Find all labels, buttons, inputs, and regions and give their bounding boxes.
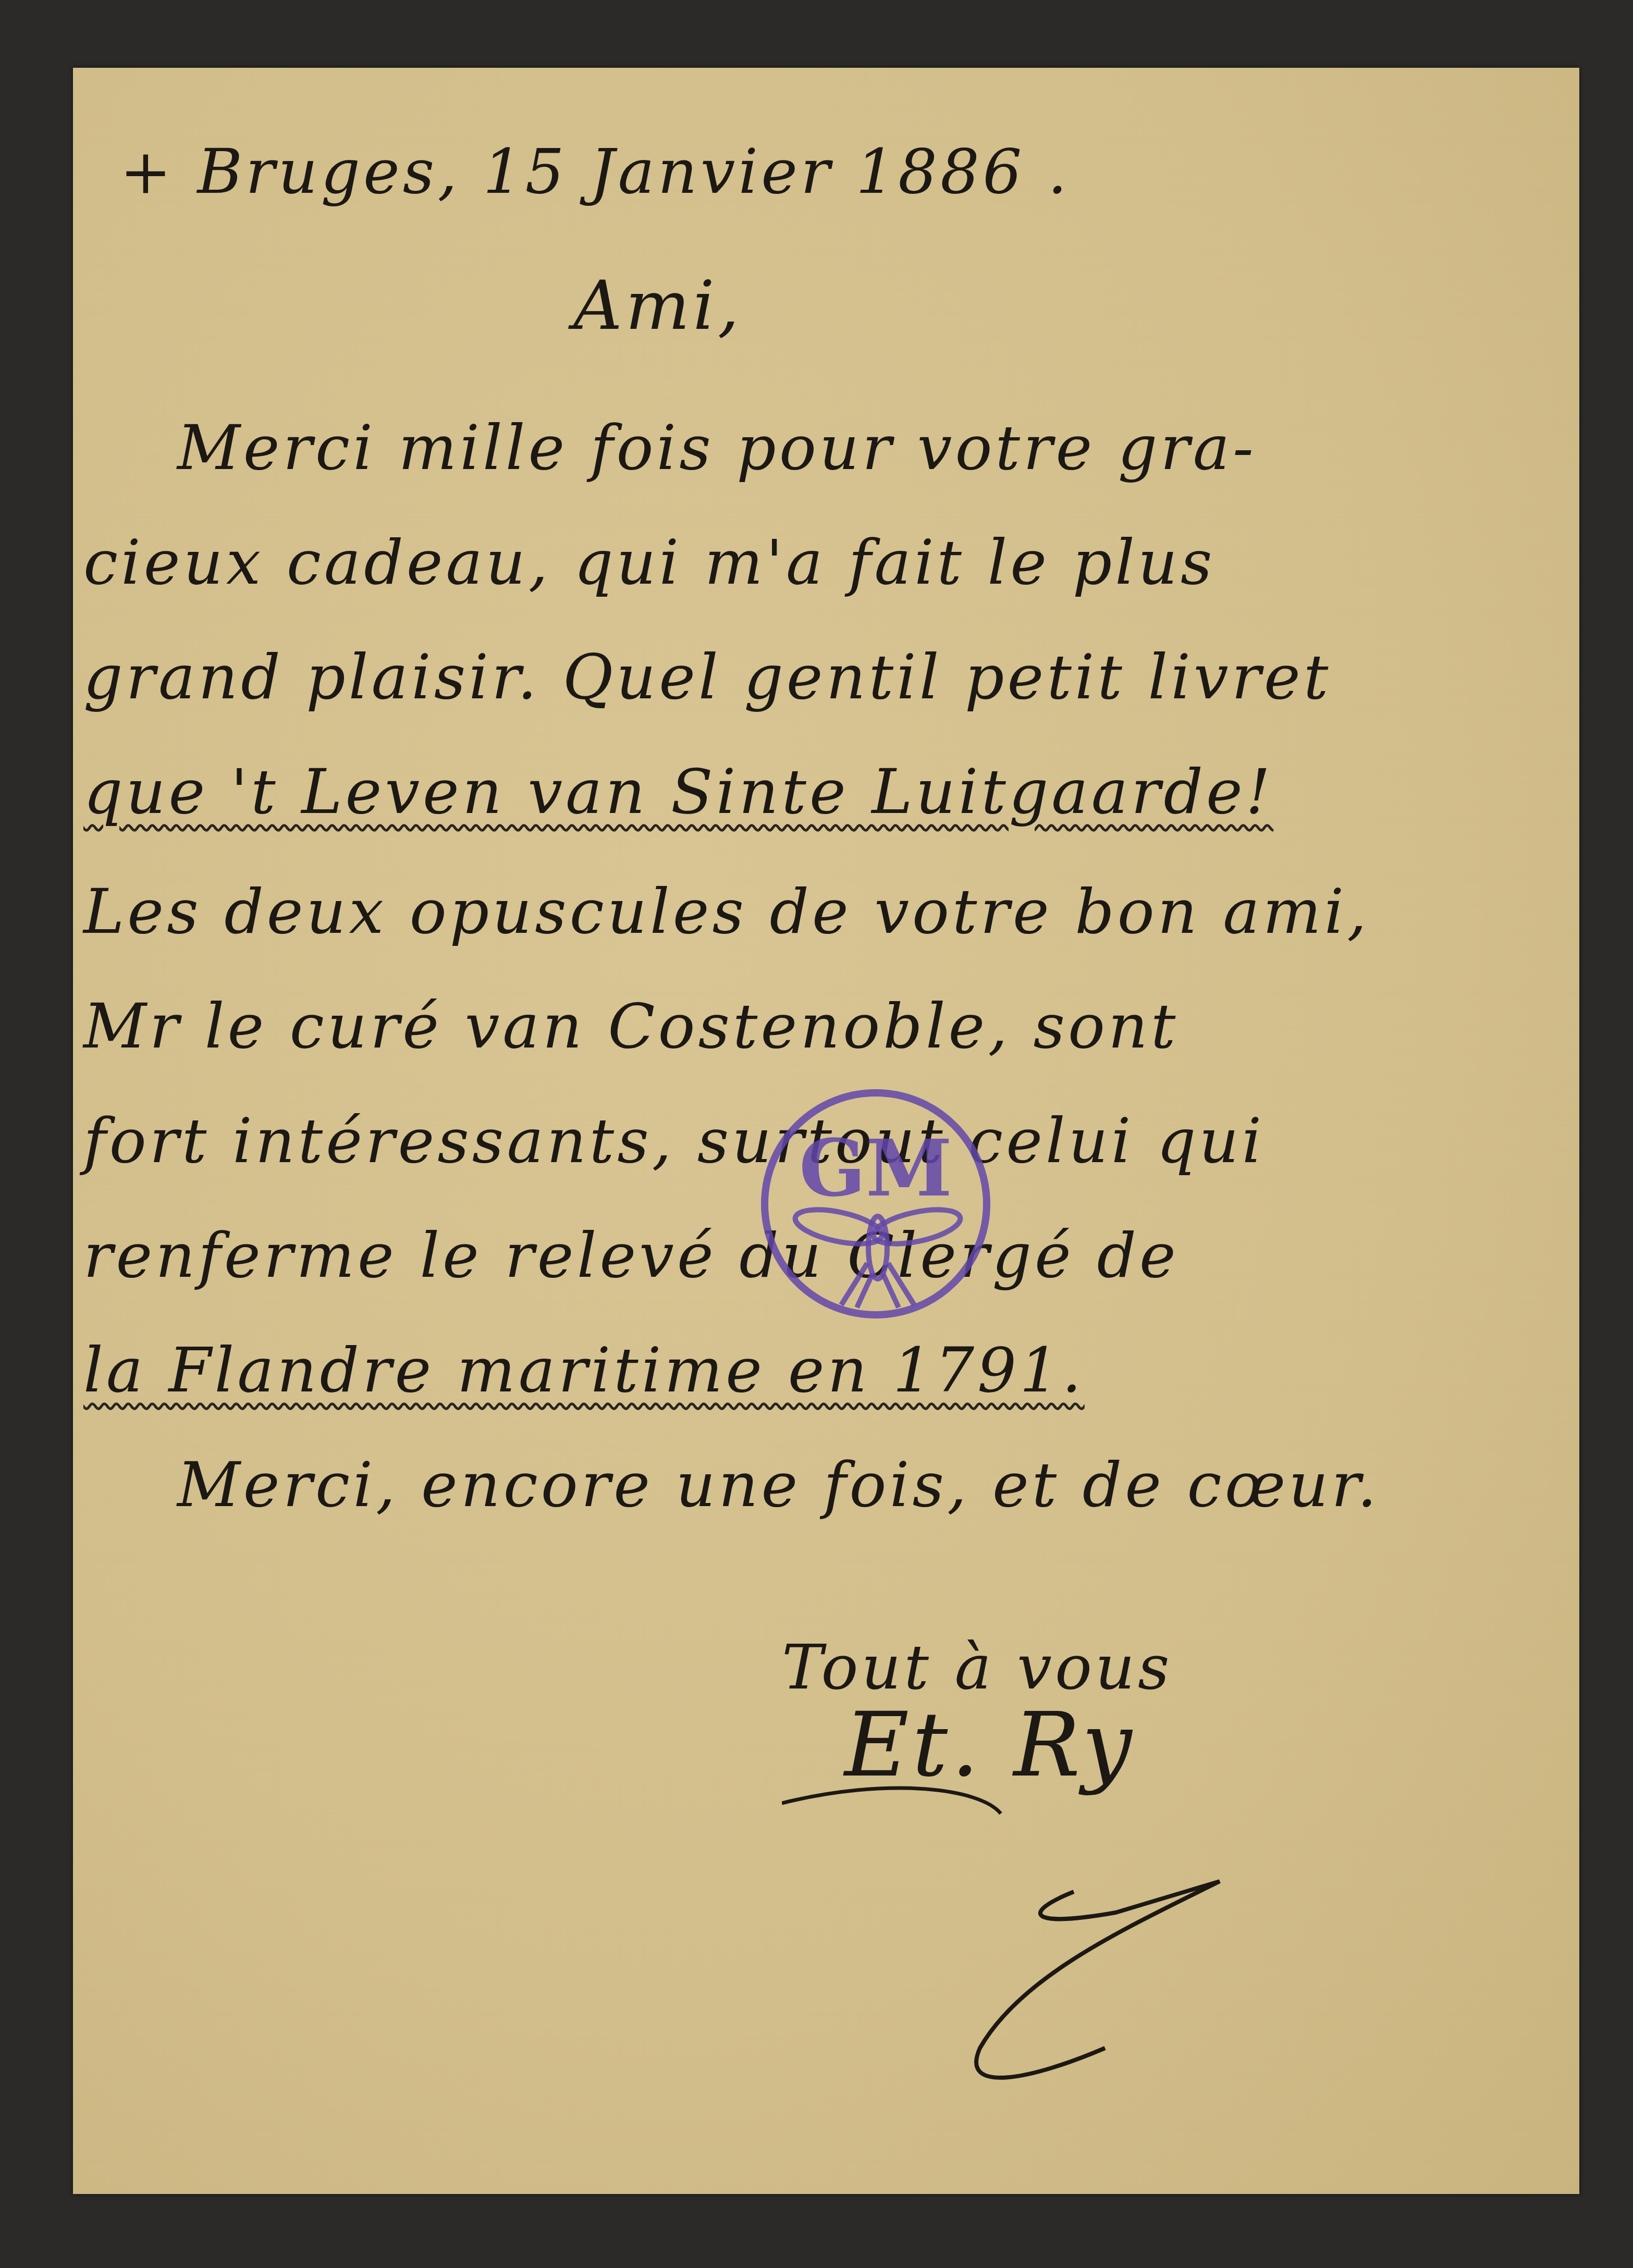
bee-icon	[789, 1206, 966, 1310]
body-line-3: grand plaisir. Quel gentil petit livret	[83, 641, 1331, 713]
body-line-2: cieux cadeau, qui m'a fait le plus	[83, 526, 1215, 598]
body-line-8: renferme le relevé du Clergé de	[83, 1219, 1179, 1291]
body-line-9: la Flandre maritime en 1791.	[83, 1334, 1085, 1406]
dateline: + Bruges, 15 Janvier 1886 .	[120, 135, 1070, 207]
body-line-7: fort intéressants, surtout celui qui	[83, 1105, 1264, 1177]
body-line-4: que 't Leven van Sinte Luitgaarde!	[83, 756, 1273, 828]
body-line-6: Mr le curé van Costenoble, sont	[83, 990, 1178, 1062]
postcard: + Bruges, 15 Janvier 1886 . Ami, Merci m…	[73, 68, 1579, 2194]
stamp-monogram: GM	[768, 1123, 983, 1214]
salutation: Ami,	[573, 266, 742, 345]
collection-stamp: GM	[761, 1089, 990, 1318]
body-line-10: Merci, encore une fois, et de cœur.	[177, 1449, 1380, 1521]
body-line-5: Les deux opuscules de votre bon ami,	[83, 876, 1370, 947]
body-line-1: Merci mille fois pour votre gra-	[177, 412, 1257, 484]
closing: Tout à vous	[782, 1631, 1173, 1703]
signature-flourish-icon	[782, 1756, 1251, 2121]
signature: Et. Ry	[844, 1694, 1135, 1797]
